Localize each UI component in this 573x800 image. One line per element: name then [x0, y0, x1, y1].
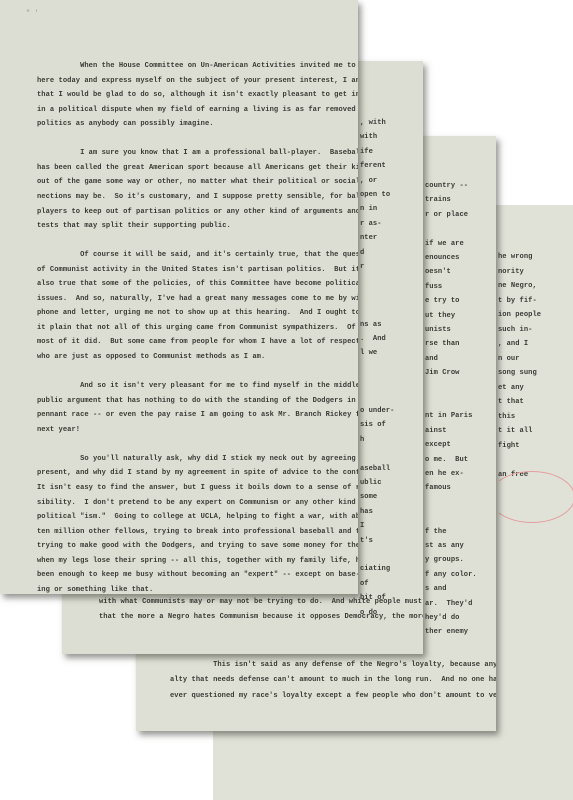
text-line: ever questioned my race's loyalty except…	[170, 692, 496, 700]
text-line: ne Negro,	[498, 282, 537, 290]
text-line: nt in Paris	[425, 412, 472, 420]
text-line: It isn't easy to find the answer, but I …	[37, 484, 358, 492]
text-line: y groups.	[425, 556, 464, 564]
text-line: who are just as opposed to Communist met…	[37, 353, 265, 361]
text-line: ainst	[425, 427, 447, 435]
text-line: song sung	[498, 369, 537, 377]
text-line: tests that may split their supporting pu…	[37, 222, 231, 230]
text-line: that I would be glad to do so, although …	[37, 91, 358, 99]
text-line: oesn't	[425, 268, 451, 276]
text-line: r as-	[360, 220, 382, 228]
text-line: pennant race -- or even the pay raise I …	[37, 411, 358, 419]
text-line: this	[498, 413, 515, 421]
text-line: o under-	[360, 407, 394, 415]
text-line: ar. They'd	[425, 600, 472, 608]
text-line: s and	[425, 585, 447, 593]
text-line: t that	[498, 398, 524, 406]
text-line: st as any	[425, 542, 464, 550]
text-line: f any color.	[425, 571, 477, 579]
text-line: country --	[425, 182, 468, 190]
page-1: " ' When the House Committee on Un-Ameri…	[0, 0, 358, 594]
text-line: has	[360, 508, 373, 516]
text-line: of	[360, 580, 369, 588]
text-line: h	[360, 436, 364, 444]
text-line: with what Communists may or may not be t…	[99, 598, 423, 606]
text-line: . And	[360, 335, 386, 343]
text-line: most of it did. But some came from peopl…	[37, 338, 358, 346]
text-line: sibility. I don't pretend to be any expe…	[37, 499, 358, 507]
text-line: fight	[498, 442, 520, 450]
text-line: phone and letter, urging me not to show …	[37, 309, 358, 317]
text-line: alty that needs defense can't amount to …	[170, 676, 496, 684]
text-line: So you'll naturally ask, why did I stick…	[37, 455, 358, 463]
text-line: , with	[360, 119, 386, 127]
text-line: political "ism." Going to college at UCL…	[37, 513, 358, 521]
text-line: ut they	[425, 312, 455, 320]
text-line: that the more a Negro hates Communism be…	[99, 613, 423, 621]
text-line: when my legs lose their spring -- all th…	[37, 557, 358, 565]
text-line: except	[425, 441, 451, 449]
text-line: ther enemy	[425, 628, 468, 636]
text-line: if we are	[425, 240, 464, 248]
text-line: r or place	[425, 211, 468, 219]
text-line: nter	[360, 234, 377, 242]
text-line: et any	[498, 384, 524, 392]
text-line: also true that some of the policies, of …	[37, 280, 358, 288]
text-line: hey'd do	[425, 614, 459, 622]
text-line: , and I	[498, 340, 528, 348]
text-line: players to keep out of partisan politics…	[37, 208, 358, 216]
text-line: ns as	[360, 321, 382, 329]
text-line: famous	[425, 484, 451, 492]
text-line: Jim Crow	[425, 369, 459, 377]
text-line: Of course it will be said, and it's cert…	[37, 251, 358, 259]
text-line: nections may be. So it's customary, and …	[37, 193, 358, 201]
text-line: e try to	[425, 297, 459, 305]
corner-mark: " '	[26, 10, 39, 18]
text-line: fuss	[425, 283, 442, 291]
text-line: I	[360, 522, 364, 530]
text-line: , or	[360, 177, 377, 185]
text-line: ion people	[498, 311, 541, 319]
text-line: enounces	[425, 254, 459, 262]
text-line: next year!	[37, 426, 80, 434]
text-line: And so it isn't very pleasant for me to …	[37, 382, 358, 390]
text-line: ife	[360, 148, 373, 156]
text-line: ublic	[360, 479, 382, 487]
text-line: with	[360, 133, 377, 141]
text-line: politics as anybody can possibly imagine…	[37, 120, 214, 128]
text-line: some	[360, 493, 377, 501]
red-pencil-circle-annotation	[489, 471, 573, 523]
text-line: issues. And so, naturally, I've had a gr…	[37, 295, 358, 303]
text-line: rse than	[425, 340, 459, 348]
text-line: d	[360, 249, 364, 257]
text-line: ten million other fellows, trying to bre…	[37, 528, 358, 536]
text-line: such in-	[498, 326, 532, 334]
text-line: t it all	[498, 427, 532, 435]
text-line: it plain that not all of this urging cam…	[37, 324, 358, 332]
text-line: ferent	[360, 162, 386, 170]
text-line: of Communist activity in the United Stat…	[37, 266, 358, 274]
text-line: o me. But	[425, 456, 468, 464]
text-line: r	[360, 263, 364, 271]
text-line: sis of	[360, 421, 386, 429]
text-line: en he ex-	[425, 470, 464, 478]
text-line: n our	[498, 355, 520, 363]
text-line: he wrong	[498, 253, 532, 261]
text-line: here today and express myself on the sub…	[37, 77, 358, 85]
text-line: t's	[360, 537, 373, 545]
text-line: trains	[425, 196, 451, 204]
text-line: trying to make good with the Dodgers, an…	[37, 542, 358, 550]
text-line: ciating	[360, 565, 390, 573]
text-line: I am sure you know that I am a professio…	[37, 149, 358, 157]
text-line: public argument that has nothing to do w…	[37, 397, 358, 405]
text-line: aseball	[360, 465, 390, 473]
text-line: When the House Committee on Un-American …	[37, 62, 358, 70]
text-line: been enough to keep me busy without beco…	[37, 571, 358, 579]
text-line: unists	[425, 326, 451, 334]
text-line: t by fif-	[498, 297, 537, 305]
text-line: has been called the great American sport…	[37, 164, 358, 172]
text-line: l we	[360, 349, 377, 357]
text-line: ing or something like that.	[37, 586, 153, 594]
text-line: out of the game some way or other, no ma…	[37, 178, 358, 186]
text-line: n in	[360, 205, 377, 213]
text-line: This isn't said as any defense of the Ne…	[170, 661, 496, 669]
text-line: f the	[425, 528, 447, 536]
text-line: open to	[360, 191, 390, 199]
text-line: present, and why did I stand by my agree…	[37, 469, 358, 477]
text-line: nority	[498, 268, 524, 276]
text-line: and	[425, 355, 438, 363]
text-line: in a political dispute when my field of …	[37, 106, 358, 114]
